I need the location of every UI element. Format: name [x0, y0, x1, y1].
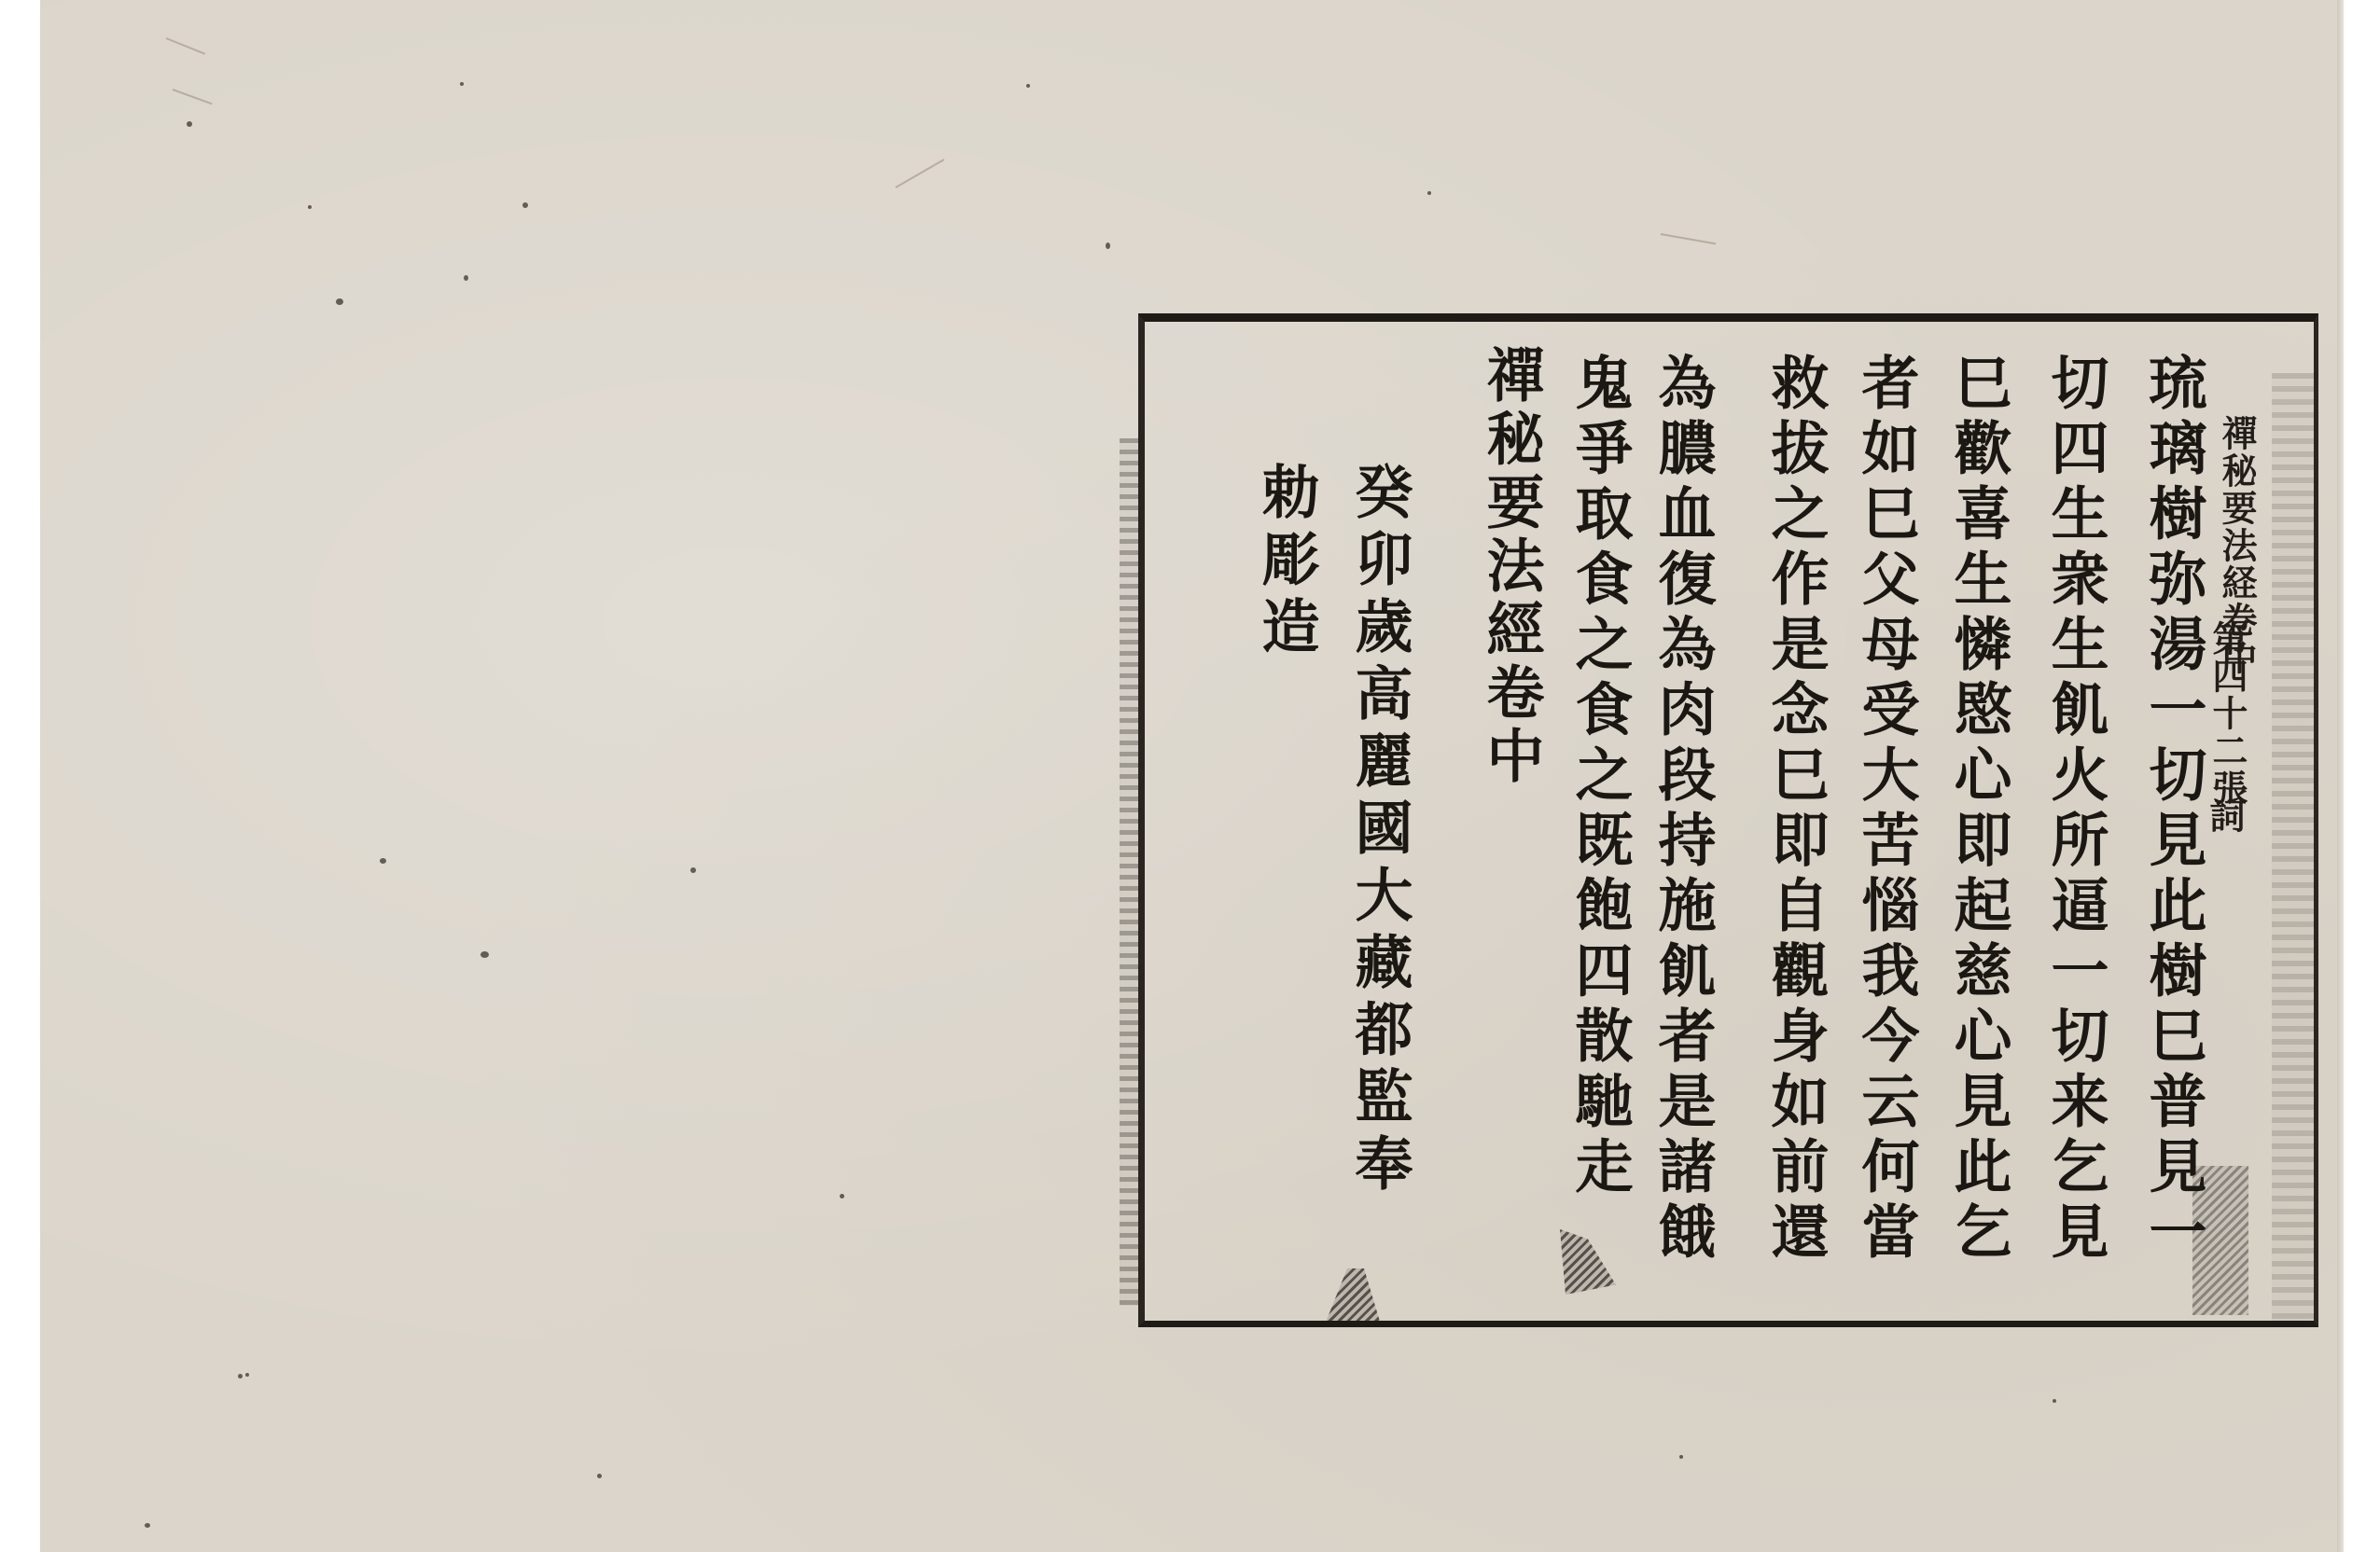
colophon-line-1: 癸卯歲高麗國大藏都監奉 [1350, 462, 1408, 1200]
text-column-6: 為膿血復為肉段持施飢者是諸餓 [1653, 353, 1711, 1267]
text-column-2: 切四生衆生飢火所逼一切来乞見 [2046, 353, 2104, 1267]
text-column-1: 琉璃樹弥湯一切見此樹巳普見一 [2144, 353, 2202, 1267]
colophon-line-2: 勅彫造 [1257, 462, 1315, 663]
frame-ink-smudge-right [2272, 373, 2318, 1324]
margin-carver-mark: 詞 [2206, 797, 2242, 835]
closing-title: 禪秘要法經卷中 [1482, 345, 1539, 789]
text-column-7: 鬼爭取食之食之既飽四散馳走 [1570, 353, 1628, 1201]
text-column-3: 巳歡喜生憐愍心即起慈心見此乞 [1949, 353, 2007, 1267]
text-column-4: 者如巳父母受大苦惱我今云何當 [1857, 353, 1914, 1267]
page-edge [2337, 0, 2344, 1552]
text-column-5: 救拔之作是念巳即自觀身如前還 [1766, 353, 1824, 1267]
frame-ink-smudge-left [1120, 438, 1142, 1306]
margin-page-number: 第四十二張 [2209, 620, 2245, 807]
